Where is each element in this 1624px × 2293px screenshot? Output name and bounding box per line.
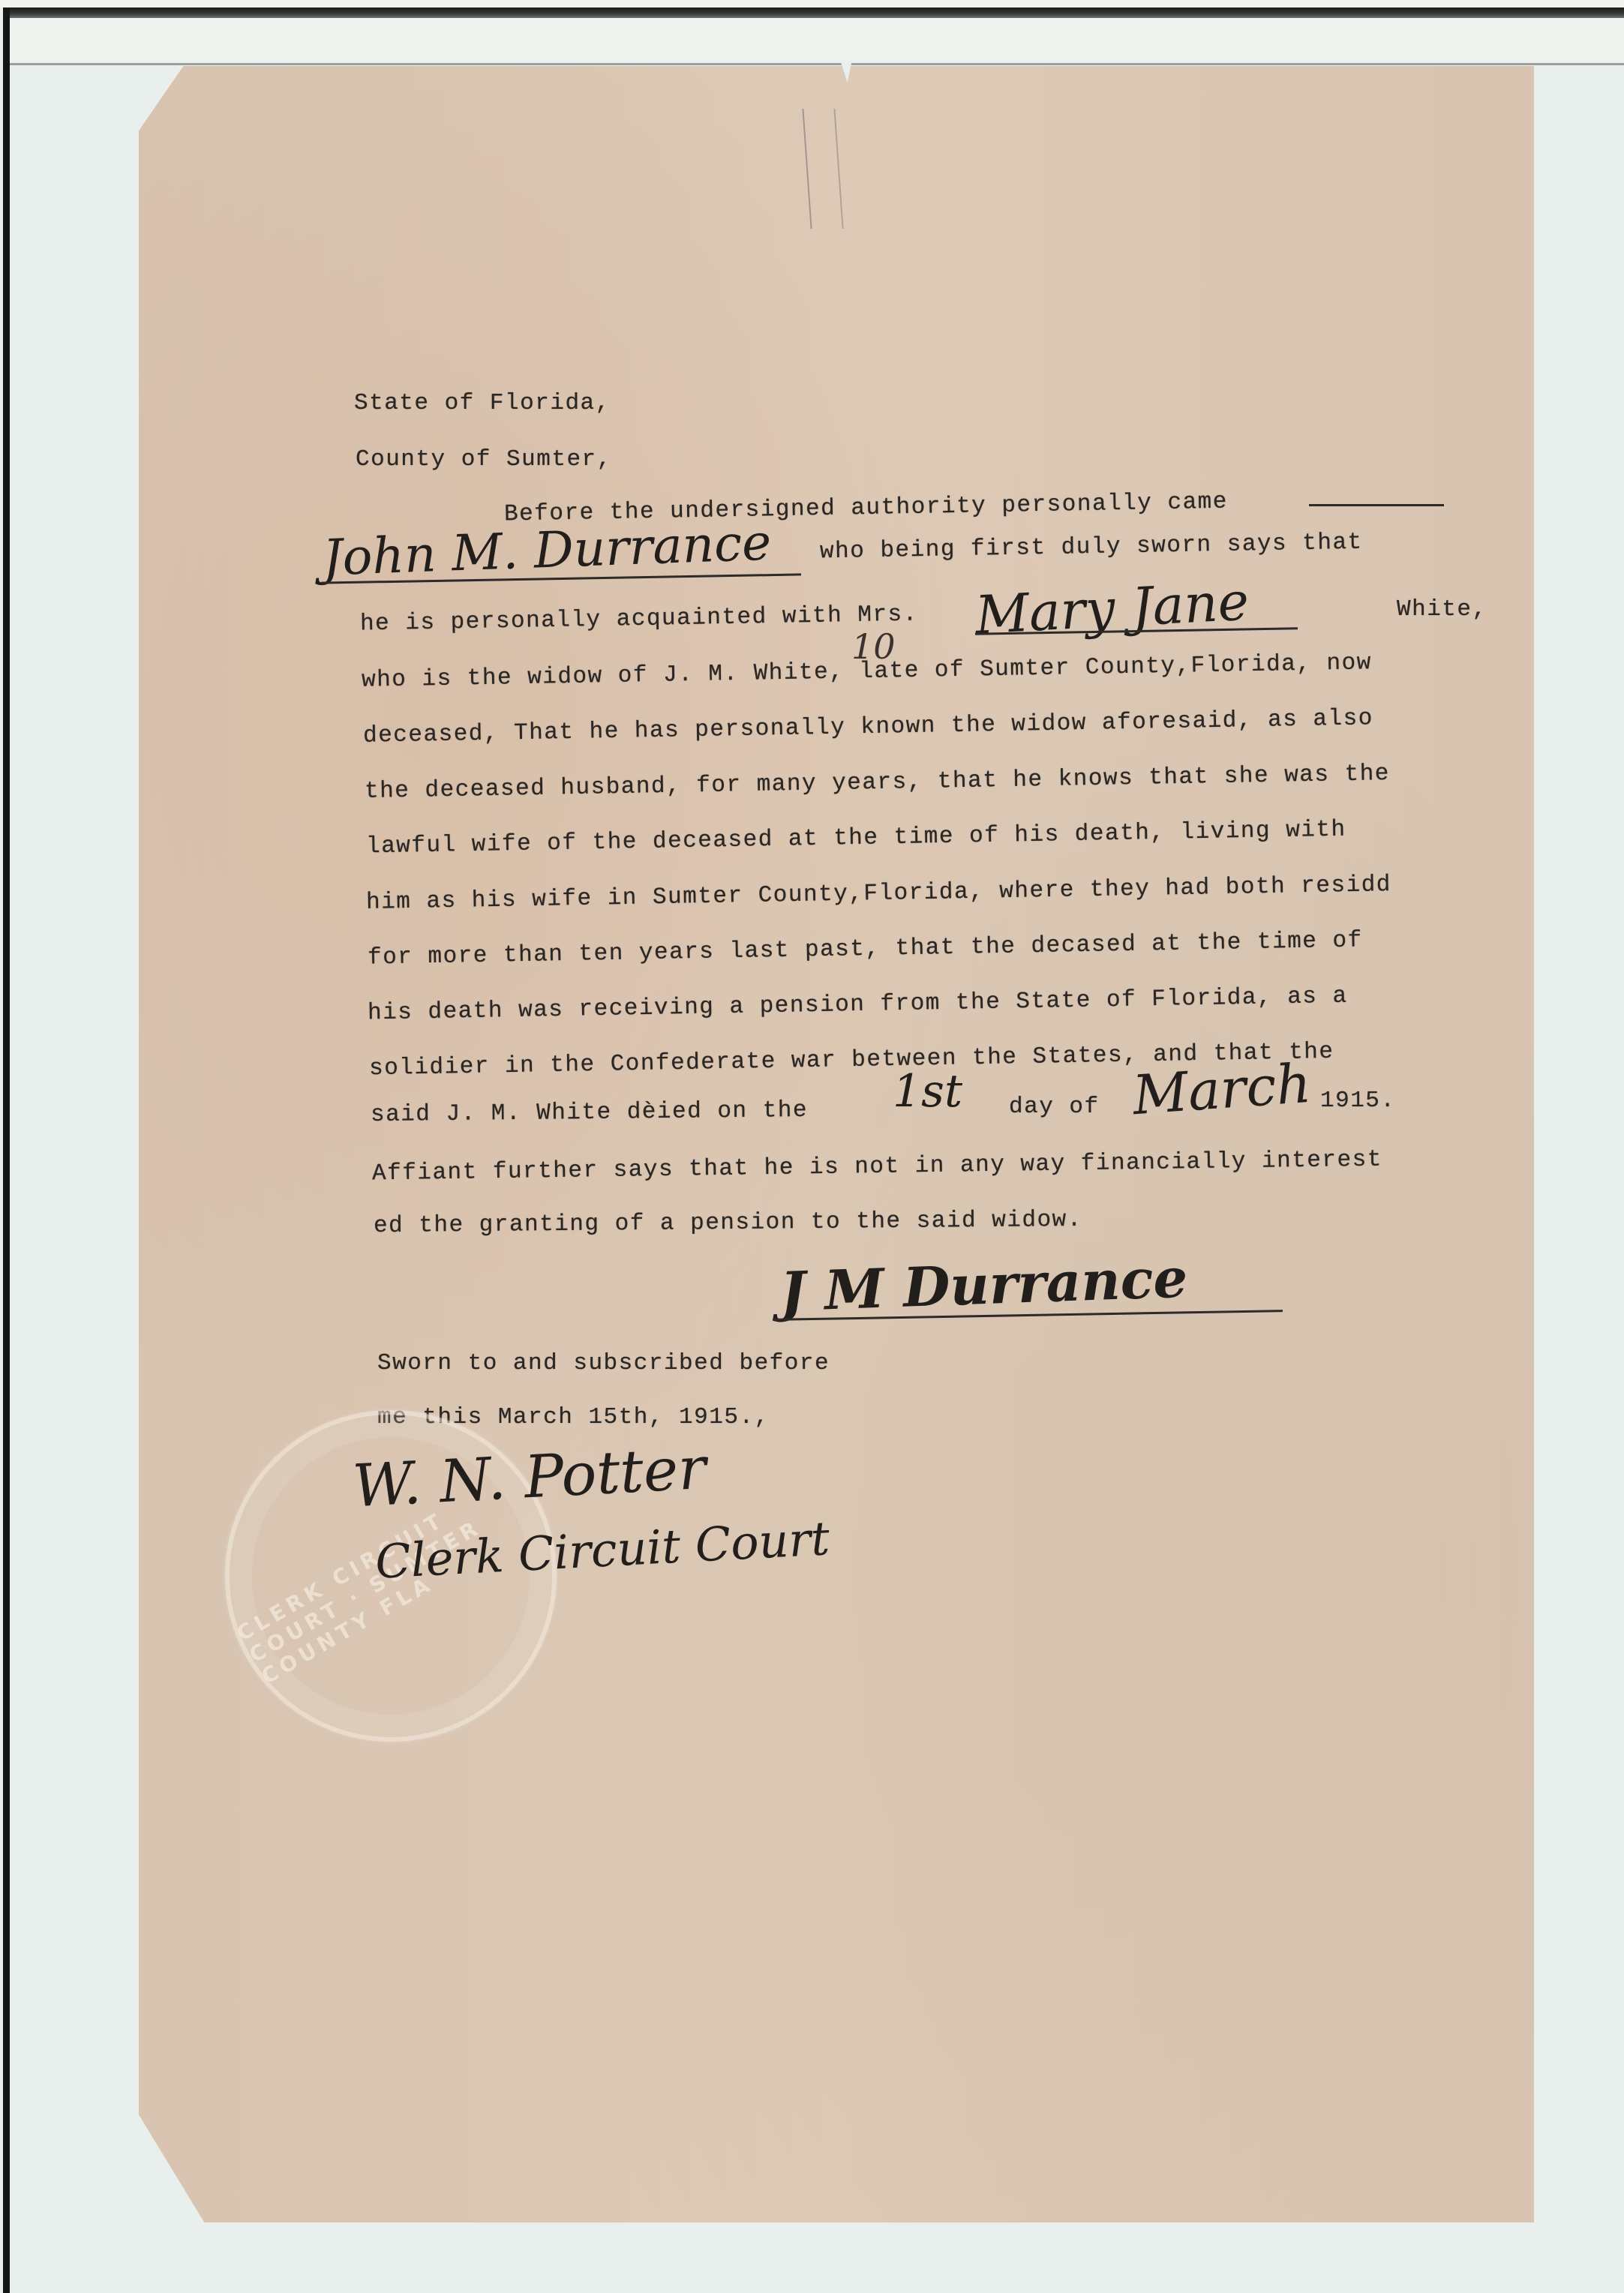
scanner-edge-top [3,8,1624,18]
jurat-line-1: Sworn to and subscribed before [377,1350,830,1376]
scanner-background [10,18,1624,65]
body-line-4: White, [1397,596,1487,623]
state-line: State of Florida, [354,390,611,416]
document-page [139,66,1534,2222]
body-line-13: said J. M. White dèied on the [371,1097,808,1128]
handwritten-death-month: March [1130,1052,1313,1127]
body-line-15: 1915. [1320,1088,1396,1114]
body-line-14: day of [1009,1094,1100,1120]
handwritten-death-day: 1st [893,1065,962,1118]
blank-line [1309,504,1444,506]
county-line: County of Sumter, [356,446,612,473]
scan-top-strip [0,0,1624,8]
scanner-edge-left [3,8,10,2293]
